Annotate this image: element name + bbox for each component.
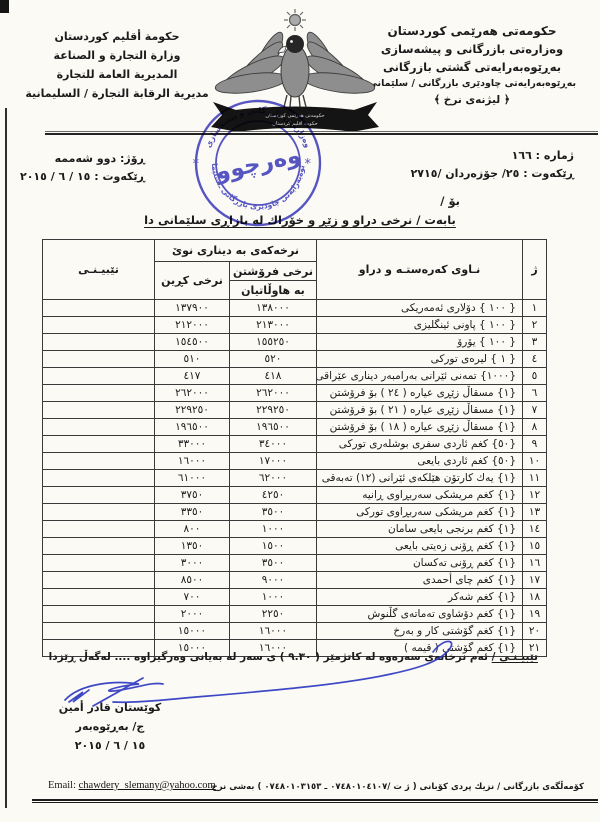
note-cell — [43, 572, 155, 589]
row-number: ٩ — [523, 436, 547, 453]
table-row: ٢ { ١٠٠ } پاونی ئینگلیزی ٢١٣٠٠٠ ٢١٢٠٠٠ — [43, 317, 547, 334]
row-number: ١٩ — [523, 606, 547, 623]
row-number: ١٤ — [523, 521, 547, 538]
table-row: ١٨ {١} كغم شەكر ١٠٠٠ ٧٠٠ — [43, 589, 547, 606]
col-header-price-group: نرخەكەی بە دیناری نوێ — [155, 240, 317, 262]
letter-date-gregorian: ڕێكەوت : ١٥ / ٦ / ٢٠١٥ — [20, 168, 145, 186]
item-name: {١} كغم ڕۆنی تەكسان — [317, 555, 523, 572]
stamp-center-text: وەرچوو — [212, 142, 303, 186]
col-header-sell-price: نرخی فرۆشتن — [230, 262, 317, 281]
sell-price: ٣٥٠٠ — [230, 555, 317, 572]
item-name: { ١٠٠ } پاونی ئینگلیزی — [317, 317, 523, 334]
item-name: {١} یەك كارتۆن هێلكەی ئێرانی (١٢) تەبەقی — [317, 470, 523, 487]
letter-day-date: ڕۆژ: دوو شەممە ڕێكەوت : ١٥ / ٦ / ٢٠١٥ — [20, 150, 145, 186]
buy-price: ٢١٢٠٠٠ — [155, 317, 230, 334]
buy-price: ١٣٥٠ — [155, 538, 230, 555]
svg-text:*: * — [305, 157, 312, 172]
item-name: {١٠٠٠} تمەنی ئێرانی بەرامبەر دیناری عێرا… — [317, 368, 523, 385]
letterhead-kurdish: حكومەتی هەرێمی كوردستان وەزارەتی بازرگان… — [358, 22, 586, 109]
letterhead-line: ﴿ لیژنەی نرخ ﴾ — [358, 92, 586, 109]
table-row: ٧ {١} مسقاڵ زێڕی عیارە ( ٢١ ) بۆ فرۆشتن … — [43, 402, 547, 419]
sell-price: ٣٤٠٠٠ — [230, 436, 317, 453]
sell-price: ١٠٠٠ — [230, 589, 317, 606]
svg-text:حكومة اقليم كردستان: حكومة اقليم كردستان — [272, 121, 318, 127]
col-header-buy-price: نرخی كڕین — [155, 262, 230, 300]
row-number: ١٥ — [523, 538, 547, 555]
email-link[interactable]: chawdery_slemany@yahoo.com — [79, 780, 216, 791]
note-cell — [43, 436, 155, 453]
row-number: ٢ — [523, 317, 547, 334]
to-line: بۆ / — [440, 194, 460, 208]
note-cell — [43, 504, 155, 521]
row-number: ٤ — [523, 351, 547, 368]
note-cell — [43, 487, 155, 504]
col-header-sell-price-2: بە هاوڵاتیان — [230, 281, 317, 300]
item-name: {١} كغم برنجی بایعی سامان — [317, 521, 523, 538]
note-cell — [43, 351, 155, 368]
note-cell — [43, 419, 155, 436]
table-row: ١٥ {١} كغم ڕۆنی زەیتی بایعی ١٥٠٠ ١٣٥٠ — [43, 538, 547, 555]
table-row: ٢٠ {١} كغم گۆشتی كار و بەرخ ١٦٠٠٠ ١٥٠٠٠ — [43, 623, 547, 640]
item-name: { ١ } لیرەی توركی — [317, 351, 523, 368]
sell-price: ١٥٠٠ — [230, 538, 317, 555]
letterhead-arabic: حكومة أقليم كوردستان وزارة التجارة و الص… — [22, 27, 212, 103]
header-divider — [45, 131, 598, 135]
note-cell — [43, 317, 155, 334]
note-cell — [43, 623, 155, 640]
col-header-number: ژ — [523, 240, 547, 300]
sell-price: ٢٢٩٢٥٠ — [230, 402, 317, 419]
item-name: {١} كغم چای أحمدی — [317, 572, 523, 589]
footnote: تێبیـنـی / ئەم نرخانەی سەرەوە لە كاتژمێر… — [40, 651, 538, 663]
buy-price: ٣٧٥٠ — [155, 487, 230, 504]
signature-date: ١٥ / ٦ / ٢٠١٥ — [40, 736, 180, 755]
price-table-body: ١ { ١٠٠ } دۆلاری ئەمەریكی ١٣٨٠٠٠ ١٣٧٩٠٠ … — [43, 300, 547, 657]
table-row: ١٩ {١} كغم دۆشاوی تەماتەی گڵنوش ٢٢٥٠ ٢٠٠… — [43, 606, 547, 623]
row-number: ١٧ — [523, 572, 547, 589]
sell-price: ٥٢٠ — [230, 351, 317, 368]
buy-price: ٣٠٠٠ — [155, 555, 230, 572]
table-row: ٣ { ١٠٠ } یۆرۆ ١٥٥٢٥٠ ١٥٤٥٠٠ — [43, 334, 547, 351]
row-number: ١٨ — [523, 589, 547, 606]
note-cell — [43, 402, 155, 419]
signatory-title: ج/ بەڕێوەبەر — [40, 717, 180, 736]
buy-price: ١٣٧٩٠٠ — [155, 300, 230, 317]
note-cell — [43, 538, 155, 555]
item-name: { ١٠٠ } یۆرۆ — [317, 334, 523, 351]
table-row: ٨ {١} مسقاڵ زێڕی عیارە ( ١٨ ) بۆ فرۆشتن … — [43, 419, 547, 436]
letter-number-date: ژمارە : ١٦٦ ڕێكەوت : ٢٥/ جۆزەردان /٢٧١٥ — [411, 147, 574, 183]
buy-price: ٢٦٢٠٠٠ — [155, 385, 230, 402]
table-row: ١٤ {١} كغم برنجی بایعی سامان ١٠٠٠ ٨٠٠ — [43, 521, 547, 538]
item-name: {١} مسقاڵ زێڕی عیارە ( ١٨ ) بۆ فرۆشتن — [317, 419, 523, 436]
buy-price: ٨٠٠ — [155, 521, 230, 538]
row-number: ٣ — [523, 334, 547, 351]
row-number: ١١ — [523, 470, 547, 487]
footnote-text: ئەم نرخانەی سەرەوە لە كاتژمێر ( ٩.٣٠ ) ی… — [49, 651, 492, 663]
buy-price: ٤١٧ — [155, 368, 230, 385]
sell-price: ١٦٠٠٠ — [230, 623, 317, 640]
note-cell — [43, 589, 155, 606]
email-label: Email: — [48, 780, 76, 791]
buy-price: ٧٠٠ — [155, 589, 230, 606]
buy-price: ١٥٤٥٠٠ — [155, 334, 230, 351]
table-row: ١ { ١٠٠ } دۆلاری ئەمەریكی ١٣٨٠٠٠ ١٣٧٩٠٠ — [43, 300, 547, 317]
note-cell — [43, 300, 155, 317]
item-name: {١} كغم گۆشتی كار و بەرخ — [317, 623, 523, 640]
sell-price: ٢٦٢٠٠٠ — [230, 385, 317, 402]
price-table: ژ نـاوی كەرەستـە و دراو نرخەكەی بە دینار… — [42, 239, 547, 657]
note-cell — [43, 606, 155, 623]
item-name: {١} كغم مریشكی سەربڕاوی ڕانیە — [317, 487, 523, 504]
ribbon-banner: حكومەتی هەرێمی كوردستان حكومة اقليم كردس… — [211, 102, 379, 132]
letterhead-line: بەڕێوەبەرایەتی گشتی بازرگانی — [358, 58, 586, 76]
letterhead-line: مديرية الرقابة التجارة / السليمانية — [22, 84, 212, 103]
sell-price: ٣٥٠٠ — [230, 504, 317, 521]
item-name: {٥٠} كغم ئاردی سفری بوشلەری توركی — [317, 436, 523, 453]
row-number: ١٣ — [523, 504, 547, 521]
item-name: {١} كغم دۆشاوی تەماتەی گڵنوش — [317, 606, 523, 623]
table-row: ١٠ {٥٠} كغم ئاردی بایعی ١٧٠٠٠ ١٦٠٠٠ — [43, 453, 547, 470]
sell-price: ٩٠٠٠ — [230, 572, 317, 589]
buy-price: ٥١٠ — [155, 351, 230, 368]
sell-price: ٤٢٥٠ — [230, 487, 317, 504]
note-cell — [43, 453, 155, 470]
row-number: ١٠ — [523, 453, 547, 470]
letter-date-kurdish: ڕێكەوت : ٢٥/ جۆزەردان /٢٧١٥ — [411, 165, 574, 183]
table-row: ١٧ {١} كغم چای أحمدی ٩٠٠٠ ٨٥٠٠ — [43, 572, 547, 589]
buy-price: ١٥٠٠٠ — [155, 623, 230, 640]
signatory-name: كوێستان قادر أمین — [40, 698, 180, 717]
buy-price: ١٦٠٠٠ — [155, 453, 230, 470]
letterhead-line: بەڕێوەبەرایەتی چاودێری بازرگانی / سلێمان… — [358, 76, 586, 92]
row-number: ٥ — [523, 368, 547, 385]
table-row: ١٢ {١} كغم مریشكی سەربڕاوی ڕانیە ٤٢٥٠ ٣٧… — [43, 487, 547, 504]
table-row: ٤ { ١ } لیرەی توركی ٥٢٠ ٥١٠ — [43, 351, 547, 368]
note-cell — [43, 368, 155, 385]
sell-price: ١٠٠٠ — [230, 521, 317, 538]
item-name: { ١٠٠ } دۆلاری ئەمەریكی — [317, 300, 523, 317]
item-name: {١} كغم ڕۆنی زەیتی بایعی — [317, 538, 523, 555]
table-row: ١٣ {١} كغم مریشكی سەربڕاوی توركی ٣٥٠٠ ٣٣… — [43, 504, 547, 521]
letterhead-line: حكومة أقليم كوردستان — [22, 27, 212, 46]
col-header-notes: تێبیـنـی — [43, 240, 155, 300]
buy-price: ٣٣٥٠ — [155, 504, 230, 521]
item-name: {١} مسقاڵ زێڕی عیارە ( ٢٤ ) بۆ فرۆشتن — [317, 385, 523, 402]
row-number: ٢٠ — [523, 623, 547, 640]
item-name: {٥٠} كغم ئاردی بایعی — [317, 453, 523, 470]
table-row: ٦ {١} مسقاڵ زێڕی عیارە ( ٢٤ ) بۆ فرۆشتن … — [43, 385, 547, 402]
buy-price: ١٩٦٥٠٠ — [155, 419, 230, 436]
row-number: ٦ — [523, 385, 547, 402]
signature-block: كوێستان قادر أمین ج/ بەڕێوەبەر ١٥ / ٦ / … — [40, 698, 180, 755]
buy-price: ٢٢٩٢٥٠ — [155, 402, 230, 419]
row-number: ٧ — [523, 402, 547, 419]
table-row: ٩ {٥٠} كغم ئاردی سفری بوشلەری توركی ٣٤٠٠… — [43, 436, 547, 453]
buy-price: ٨٥٠٠ — [155, 572, 230, 589]
svg-text:حكومەتی هەرێمی كوردستان: حكومەتی هەرێمی كوردستان — [265, 113, 324, 119]
row-number: ١٦ — [523, 555, 547, 572]
footer-address: كۆمەڵگەی بازرگانی / نزیك پردی كۆبانی ( ژ… — [212, 782, 584, 792]
buy-price: ٣٣٠٠٠ — [155, 436, 230, 453]
footer-email: Email: chawdery_slemany@yahoo.com — [48, 780, 216, 791]
table-row: ١١ {١} یەك كارتۆن هێلكەی ئێرانی (١٢) تەب… — [43, 470, 547, 487]
sell-price: ١٧٠٠٠ — [230, 453, 317, 470]
note-cell — [43, 470, 155, 487]
letterhead-line: المديرية العامة للتجارة — [22, 65, 212, 84]
sell-price: ١٩٦٥٠٠ — [230, 419, 317, 436]
sun-icon — [284, 9, 306, 31]
note-cell — [43, 521, 155, 538]
sell-price: ١٣٨٠٠٠ — [230, 300, 317, 317]
table-row: ٥ {١٠٠٠} تمەنی ئێرانی بەرامبەر دیناری عێ… — [43, 368, 547, 385]
svg-text:*: * — [193, 157, 200, 172]
sell-price: ٢٢٥٠ — [230, 606, 317, 623]
col-header-item-name: نـاوی كەرەستـە و دراو — [317, 240, 523, 300]
sell-price: ٦٢٠٠٠ — [230, 470, 317, 487]
letter-number: ژمارە : ١٦٦ — [411, 147, 574, 165]
item-name: {١} كغم شەكر — [317, 589, 523, 606]
item-name: {١} كغم مریشكی سەربڕاوی توركی — [317, 504, 523, 521]
note-cell — [43, 555, 155, 572]
row-number: ٨ — [523, 419, 547, 436]
letterhead-line: حكومەتی هەرێمی كوردستان — [358, 22, 586, 40]
kurdistan-eagle-emblem: حكومەتی هەرێمی كوردستان حكومة اقليم كردس… — [205, 6, 385, 138]
scan-corner-mark — [0, 0, 9, 13]
letterhead-line: وزارة التجارة و الصناعة — [22, 46, 212, 65]
letterhead-line: وەزارەتی بازرگانی و پیشەسازی — [358, 40, 586, 58]
row-number: ١ — [523, 300, 547, 317]
row-number: ١٢ — [523, 487, 547, 504]
letter-day: ڕۆژ: دوو شەممە — [20, 150, 145, 168]
footer-divider — [32, 799, 598, 803]
sell-price: ١٥٥٢٥٠ — [230, 334, 317, 351]
sell-price: ٤١٨ — [230, 368, 317, 385]
subject-line: بابەت / نرخی دراو و زێڕ و خۆراك لە بازاڕ… — [0, 213, 600, 227]
buy-price: ٦١٠٠٠ — [155, 470, 230, 487]
item-name: {١} مسقاڵ زێڕی عیارە ( ٢١ ) بۆ فرۆشتن — [317, 402, 523, 419]
note-cell — [43, 334, 155, 351]
table-row: ١٦ {١} كغم ڕۆنی تەكسان ٣٥٠٠ ٣٠٠٠ — [43, 555, 547, 572]
sell-price: ٢١٣٠٠٠ — [230, 317, 317, 334]
note-cell — [43, 385, 155, 402]
footnote-label: تێبیـنـی / — [492, 651, 538, 663]
buy-price: ٢٠٠٠ — [155, 606, 230, 623]
